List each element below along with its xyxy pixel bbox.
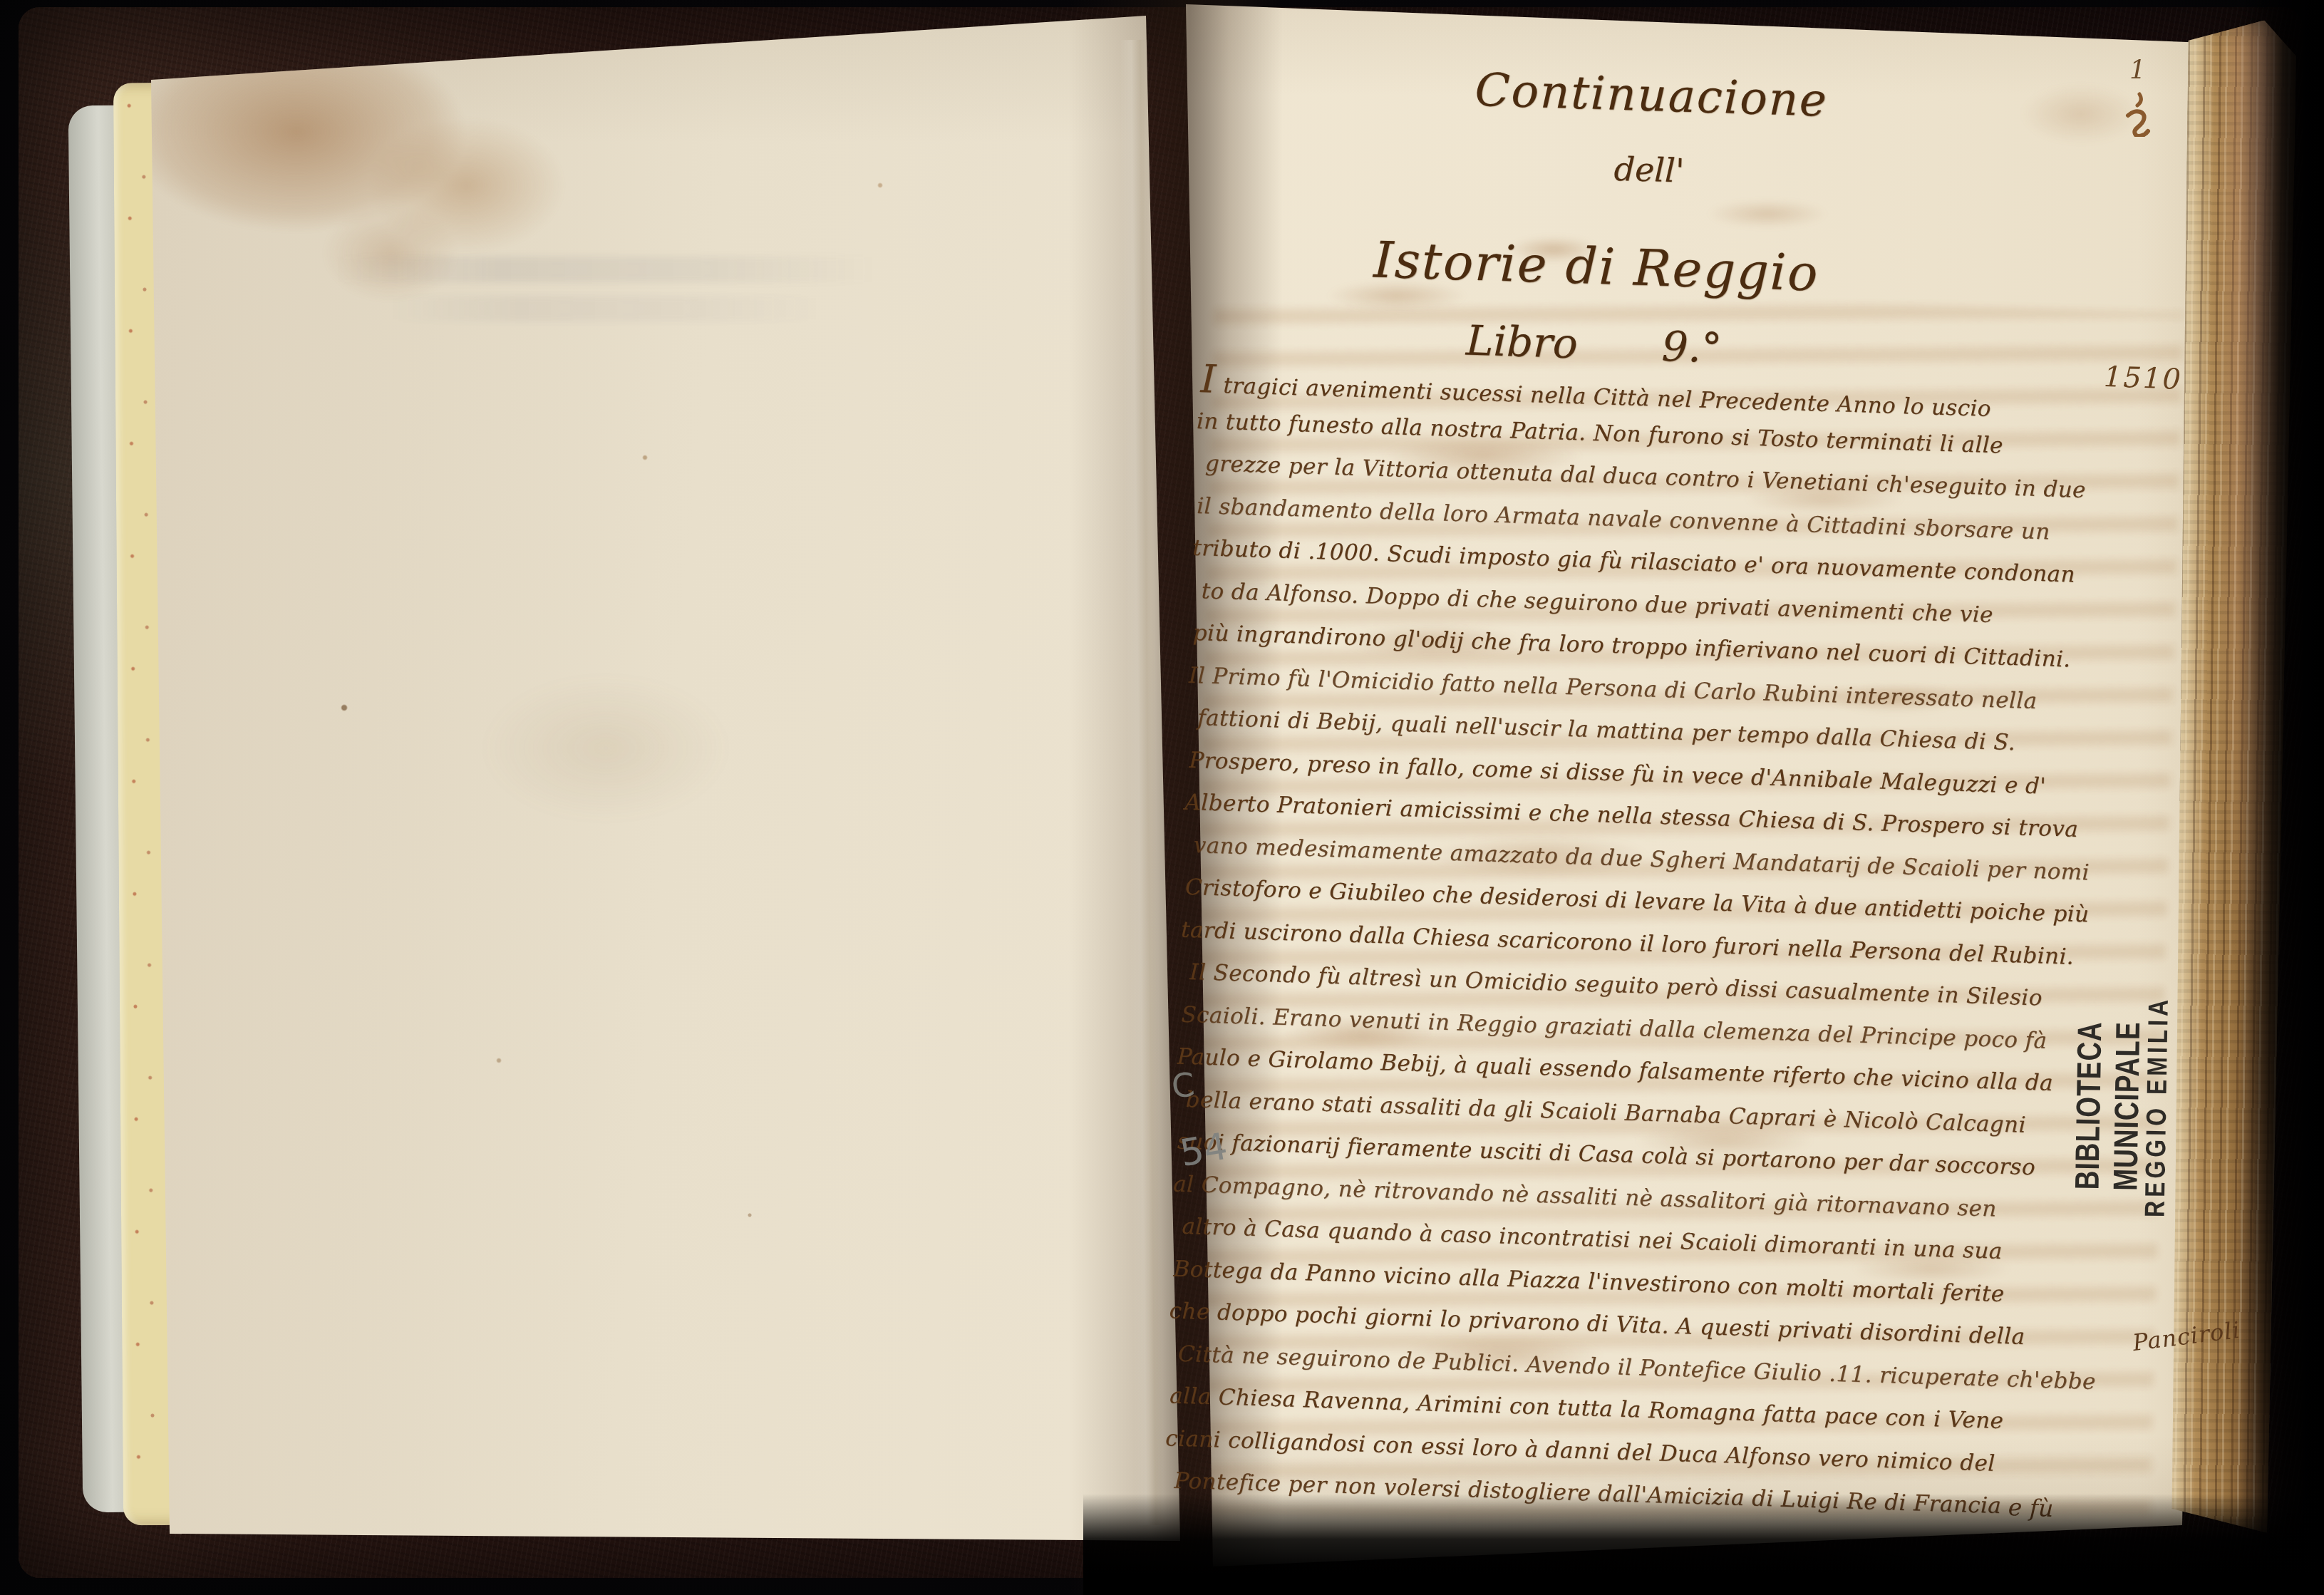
title-line-2: dell' [1200,137,2099,202]
pencil-shelfmark-letter: C [1169,1065,1197,1105]
title-line-3: Istorie di Reggio [1197,225,1996,308]
library-stamp-line-1: BIBLIOTECA MUNICIPALE [2067,939,2149,1274]
pencil-shelfmark-number: 54 [1177,1125,1231,1176]
title-line-1: Continuacione [1202,56,2101,135]
book-word: Libro [1465,316,1579,368]
body-text: I tragici avenimenti sucessi nella Città… [1164,358,2132,1531]
ink-flourish [2118,91,2158,140]
manuscript-photo: Continuacione dell' Istorie di Reggio Li… [0,0,2324,1595]
library-stamp-line-2: REGGIO EMILIA [2138,939,2176,1274]
right-edge-shadow [2238,0,2324,1595]
bottom-shadow [1083,1494,2324,1595]
book-number: 9.° [1661,322,1723,373]
folio-page-number: 1 [2129,56,2146,85]
library-stamp: BIBLIOTECA MUNICIPALE REGGIO EMILIA [2078,939,2167,1273]
manuscript-text-block: Continuacione dell' Istorie di Reggio Li… [1157,24,2144,1591]
margin-year: 1510 [2103,361,2182,396]
